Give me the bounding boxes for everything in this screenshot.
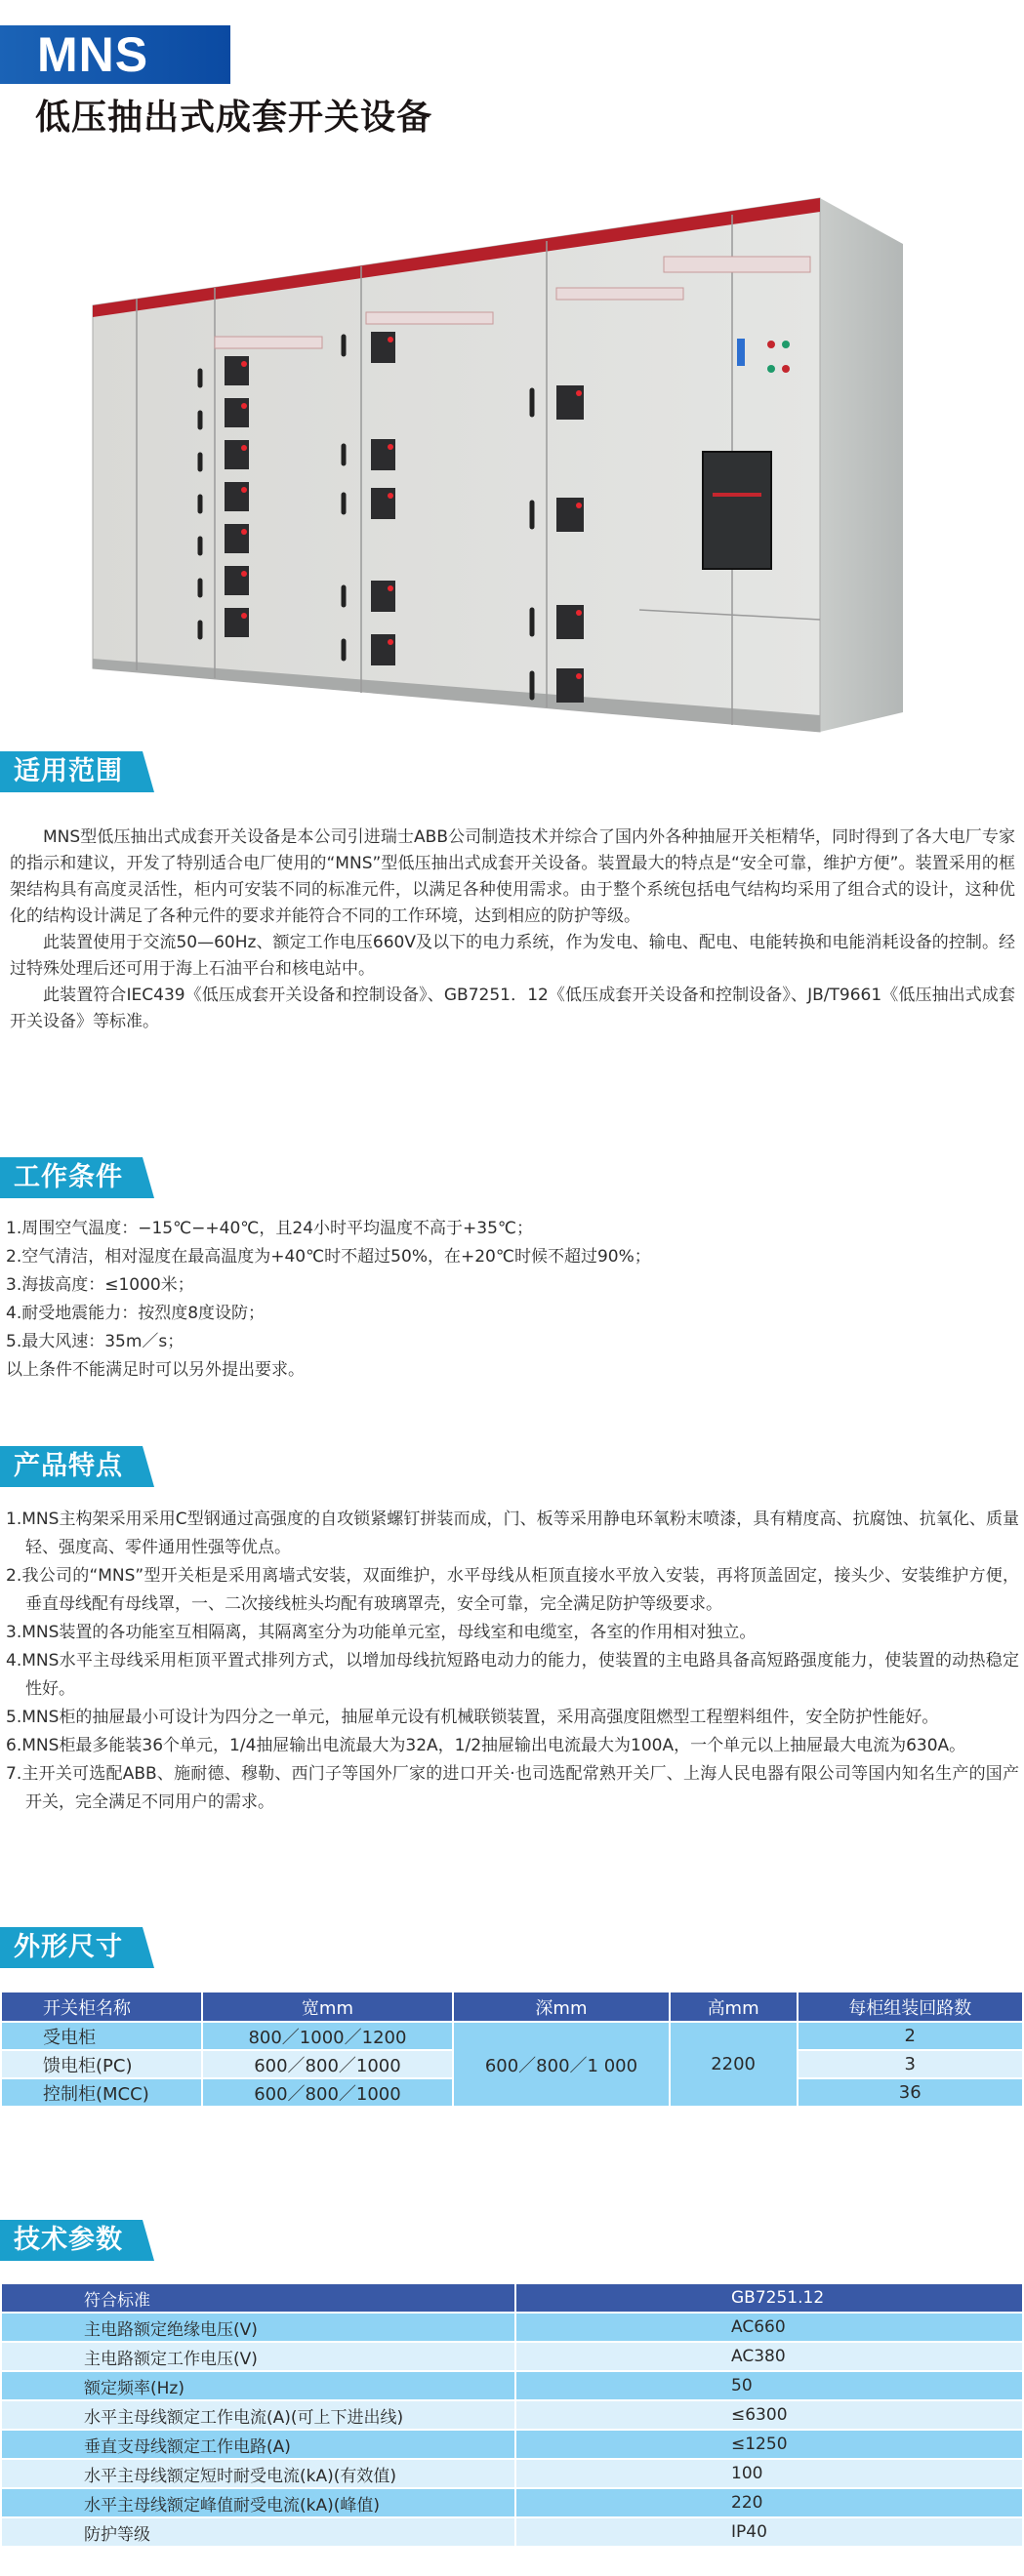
feature-item: 6.MNS柜最多能装36个单元，1/4抽屉输出电流最大为32A，1/2抽屉输出电… — [6, 1732, 1019, 1760]
cabinet-circuits: 2 — [798, 2022, 1024, 2050]
table-row: 额定频率(Hz) 50 — [1, 2371, 1023, 2400]
feature-item: 4.MNS水平主母线采用柜顶平置式排列方式，以增加母线抗短路电动力的能力，使装置… — [6, 1647, 1019, 1704]
spec-key: 符合标准 — [1, 2283, 515, 2313]
spec-key: 垂直支母线额定工作电路(A) — [1, 2430, 515, 2459]
cabinet-name: 馈电柜(PC) — [1, 2050, 202, 2078]
table-header-row: 开关柜名称 宽mm 深mm 高mm 每柜组装回路数 — [1, 1992, 1023, 2022]
cabinet-width: 600／800／1000 — [202, 2078, 453, 2107]
scope-paragraph-2: 此装置使用于交流50—60Hz、额定工作电压660V及以下的电力系统，作为发电、… — [10, 930, 1015, 983]
table-row: 主电路额定工作电压(V) AC380 — [1, 2342, 1023, 2371]
condition-note: 以上条件不能满足时可以另外提出要求。 — [6, 1356, 1019, 1385]
feature-item: 1.MNS主构架采用采用C型钢通过高强度的自攻锁紧螺钉拼装而成，门、板等采用静电… — [6, 1506, 1019, 1562]
page-title: 低压抽出式成套开关设备 — [35, 96, 432, 141]
scope-paragraph-1: MNS型低压抽出式成套开关设备是本公司引进瑞士ABB公司制造技术并综合了国内外各… — [10, 825, 1015, 930]
conditions-list: 1.周围空气温度：−15℃−+40℃，且24小时平均温度不高于+35℃； 2.空… — [6, 1215, 1019, 1385]
section-title-features: 产品特点 — [0, 1446, 154, 1487]
table-row: 水平主母线额定短时耐受电流(kA)(有效值) 100 — [1, 2459, 1023, 2488]
spec-value: IP40 — [515, 2517, 1023, 2547]
feature-item: 3.MNS装置的各功能室互相隔离，其隔离室分为功能单元室，母线室和电缆室，各室的… — [6, 1619, 1019, 1647]
spec-key: 防护等级 — [1, 2517, 515, 2547]
cabinet-height: 2200 — [670, 2022, 798, 2107]
scope-text: MNS型低压抽出式成套开关设备是本公司引进瑞士ABB公司制造技术并综合了国内外各… — [10, 825, 1015, 1035]
column-header: 开关柜名称 — [1, 1992, 202, 2022]
table-row: 水平主母线额定工作电流(A)(可上下进出线) ≤6300 — [1, 2400, 1023, 2430]
spec-key: 主电路额定绝缘电压(V) — [1, 2313, 515, 2342]
spec-value: GB7251.12 — [515, 2283, 1023, 2313]
spec-key: 额定频率(Hz) — [1, 2371, 515, 2400]
section-title-scope: 适用范围 — [0, 751, 154, 792]
spec-key: 水平主母线额定短时耐受电流(kA)(有效值) — [1, 2459, 515, 2488]
spec-value: 220 — [515, 2488, 1023, 2517]
features-list: 1.MNS主构架采用采用C型钢通过高强度的自攻锁紧螺钉拼装而成，门、板等采用静电… — [6, 1506, 1019, 1817]
spec-value: AC380 — [515, 2342, 1023, 2371]
table-row: 主电路额定绝缘电压(V) AC660 — [1, 2313, 1023, 2342]
column-header: 深mm — [453, 1992, 670, 2022]
feature-item: 7.主开关可选配ABB、施耐德、穆勒、西门子等国外厂家的进口开关·也司选配常熟开… — [6, 1760, 1019, 1817]
column-header: 宽mm — [202, 1992, 453, 2022]
scope-paragraph-3: 此装置符合IEC439《低压成套开关设备和控制设备》、GB7251．12《低压成… — [10, 983, 1015, 1035]
spec-value: 50 — [515, 2371, 1023, 2400]
spec-value: ≤1250 — [515, 2430, 1023, 2459]
section-title-conditions: 工作条件 — [0, 1157, 154, 1198]
table-row: 水平主母线额定峰值耐受电流(kA)(峰值) 220 — [1, 2488, 1023, 2517]
cabinet-circuits: 36 — [798, 2078, 1024, 2107]
column-header: 高mm — [670, 1992, 798, 2022]
condition-item: 2.空气清洁，相对湿度在最高温度为+40℃时不超过50%，在+20℃时候不超过9… — [6, 1243, 1019, 1271]
spec-key: 水平主母线额定工作电流(A)(可上下进出线) — [1, 2400, 515, 2430]
cabinet-name: 控制柜(MCC) — [1, 2078, 202, 2107]
feature-item: 5.MNS柜的抽屉最小可设计为四分之一单元，抽屉单元设有机械联锁装置，采用高强度… — [6, 1704, 1019, 1732]
table-row: 防护等级 IP40 — [1, 2517, 1023, 2547]
cabinet-width: 600／800／1000 — [202, 2050, 453, 2078]
feature-item: 2.我公司的“MNS”型开关柜是采用离墙式安装，双面维护，水平母线从柜顶直接水平… — [6, 1562, 1019, 1619]
brand-badge: MNS — [0, 25, 230, 84]
cabinet-width: 800／1000／1200 — [202, 2022, 453, 2050]
spec-value: 100 — [515, 2459, 1023, 2488]
cabinet-depth: 600／800／1 000 — [453, 2022, 670, 2107]
cabinet-name: 受电柜 — [1, 2022, 202, 2050]
cabinet-circuits: 3 — [798, 2050, 1024, 2078]
section-title-specs: 技术参数 — [0, 2220, 154, 2261]
dimensions-table: 开关柜名称 宽mm 深mm 高mm 每柜组装回路数 受电柜 800／1000／1… — [0, 1991, 1024, 2108]
table-row: 受电柜 800／1000／1200 600／800／1 000 2200 2 — [1, 2022, 1023, 2050]
condition-item: 3.海拔高度：≤1000米； — [6, 1271, 1019, 1300]
spec-value: AC660 — [515, 2313, 1023, 2342]
product-photo — [88, 190, 908, 737]
table-header-row: 符合标准 GB7251.12 — [1, 2283, 1023, 2313]
table-row: 垂直支母线额定工作电路(A) ≤1250 — [1, 2430, 1023, 2459]
spec-value: ≤6300 — [515, 2400, 1023, 2430]
section-title-dimensions: 外形尺寸 — [0, 1927, 154, 1968]
spec-key: 主电路额定工作电压(V) — [1, 2342, 515, 2371]
condition-item: 4.耐受地震能力：按烈度8度设防； — [6, 1300, 1019, 1328]
specs-table: 符合标准 GB7251.12 主电路额定绝缘电压(V) AC660 主电路额定工… — [0, 2282, 1024, 2548]
spec-key: 水平主母线额定峰值耐受电流(kA)(峰值) — [1, 2488, 515, 2517]
condition-item: 5.最大风速：35m／s； — [6, 1328, 1019, 1356]
column-header: 每柜组装回路数 — [798, 1992, 1024, 2022]
condition-item: 1.周围空气温度：−15℃−+40℃，且24小时平均温度不高于+35℃； — [6, 1215, 1019, 1243]
